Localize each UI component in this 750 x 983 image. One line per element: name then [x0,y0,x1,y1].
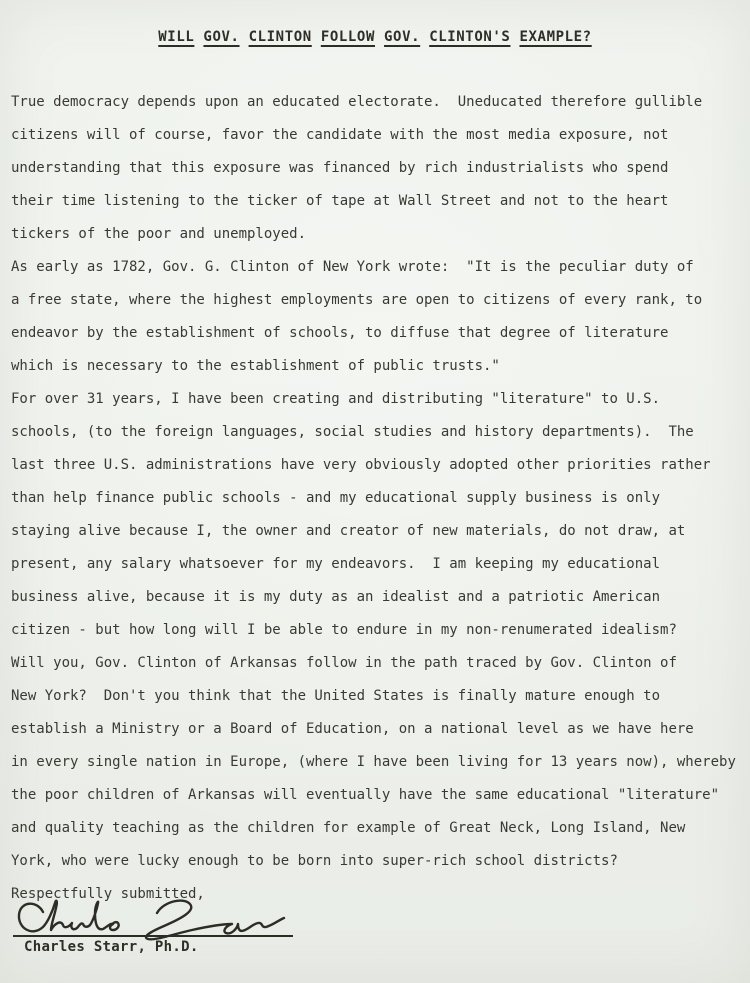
document-body-wrap: True democracy depends upon an educated … [11,86,743,911]
signature-line [13,935,293,937]
document-body: True democracy depends upon an educated … [11,86,743,878]
signature-block: Charles Starr, Ph.D. [10,896,320,966]
letter-page: WILL GOV. CLINTON FOLLOW GOV. CLINTON'S … [0,0,750,983]
paragraph: For over 31 years, I have been creating … [11,383,743,647]
document-title: WILL GOV. CLINTON FOLLOW GOV. CLINTON'S … [0,29,750,45]
paragraph: Will you, Gov. Clinton of Arkansas follo… [11,647,743,878]
paragraph: True democracy depends upon an educated … [11,86,743,251]
typed-name: Charles Starr, Ph.D. [24,939,199,955]
paragraph: As early as 1782, Gov. G. Clinton of New… [11,251,743,383]
